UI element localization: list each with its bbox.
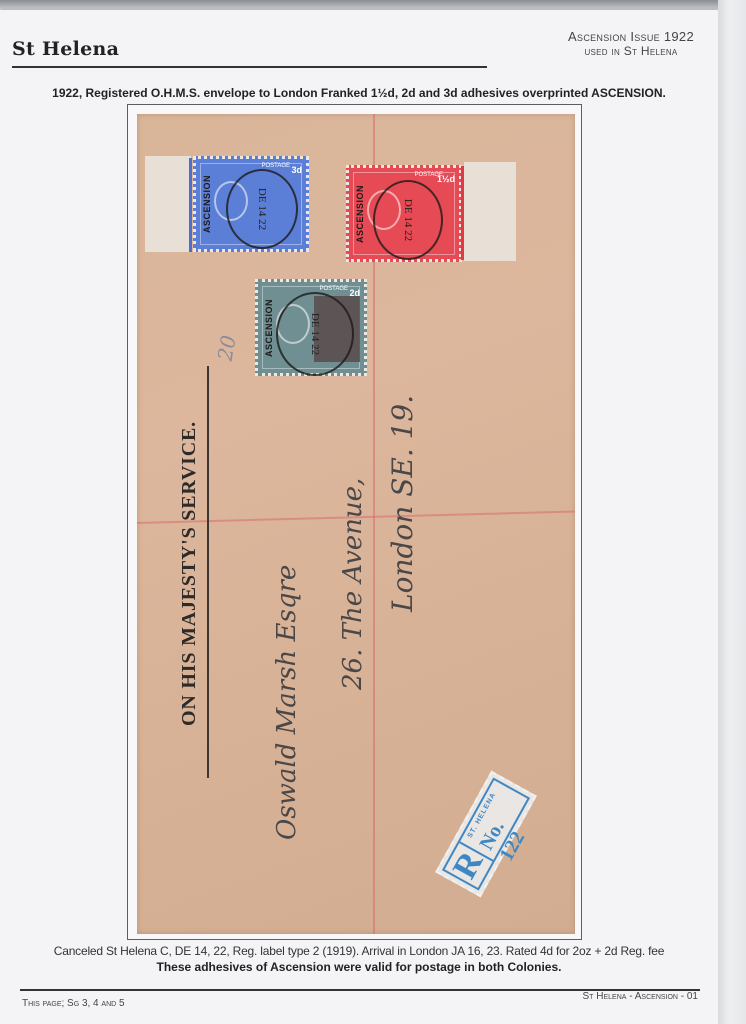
stamp-overprint: ASCENSION [355, 184, 365, 242]
page-country-title: St Helena [12, 38, 119, 60]
postmark: DE 14 22 [226, 169, 298, 249]
issue-line-2: used in St Helena [568, 44, 694, 58]
selvedge-line-blue [189, 158, 192, 252]
postmark: DE 14 22 [373, 180, 443, 260]
address-line-2: 26. The Avenue, [338, 478, 368, 690]
footer-page-id: St Helena - Ascension - 01 [583, 991, 698, 1002]
header-rule [12, 66, 487, 68]
issue-heading: Ascension Issue 1922 used in St Helena [568, 30, 694, 58]
ohms-rule [207, 366, 209, 778]
pencil-notation: 20 [213, 333, 241, 362]
stamp-selvedge-left [145, 156, 191, 252]
stamp-postage-label: POSTAGE [261, 163, 290, 169]
postmark: DE 14 22 [276, 292, 354, 376]
stamp-postage-label: POSTAGE [319, 286, 348, 292]
stamp-2d: ASCENSION POSTAGE 2d DE 14 22 [255, 279, 367, 376]
address-line-1: Oswald Marsh Esqre [272, 565, 302, 840]
stamp-overprint: ASCENSION [202, 175, 212, 233]
stamp-value: 1½d [437, 174, 455, 184]
stamp-overprint: ASCENSION [264, 298, 274, 356]
cover-notes: Canceled St Helena C, DE 14, 22, Reg. la… [0, 944, 718, 958]
address-line-3: London SE. 19. [386, 395, 419, 612]
page-margin-strip [718, 0, 746, 1024]
stamp-value: 2d [349, 288, 360, 298]
stamp-selvedge-right [464, 162, 516, 261]
ohms-imprint: ON HIS MAJESTY'S SERVICE. [178, 374, 201, 774]
cover-description: 1922, Registered O.H.M.S. envelope to Lo… [0, 86, 718, 100]
cover-notes-emphasis: These adhesives of Ascension were valid … [0, 960, 718, 974]
stamp-value: 3d [291, 165, 302, 175]
issue-line-1: Ascension Issue 1922 [568, 30, 694, 44]
footer-catalogue-ref: This page; Sg 3, 4 and 5 [22, 998, 125, 1009]
stamp-1-half-d: ASCENSION POSTAGE 1½d DE 14 22 [346, 165, 462, 262]
stamp-3d: ASCENSION POSTAGE 3d DE 14 22 [193, 156, 309, 252]
